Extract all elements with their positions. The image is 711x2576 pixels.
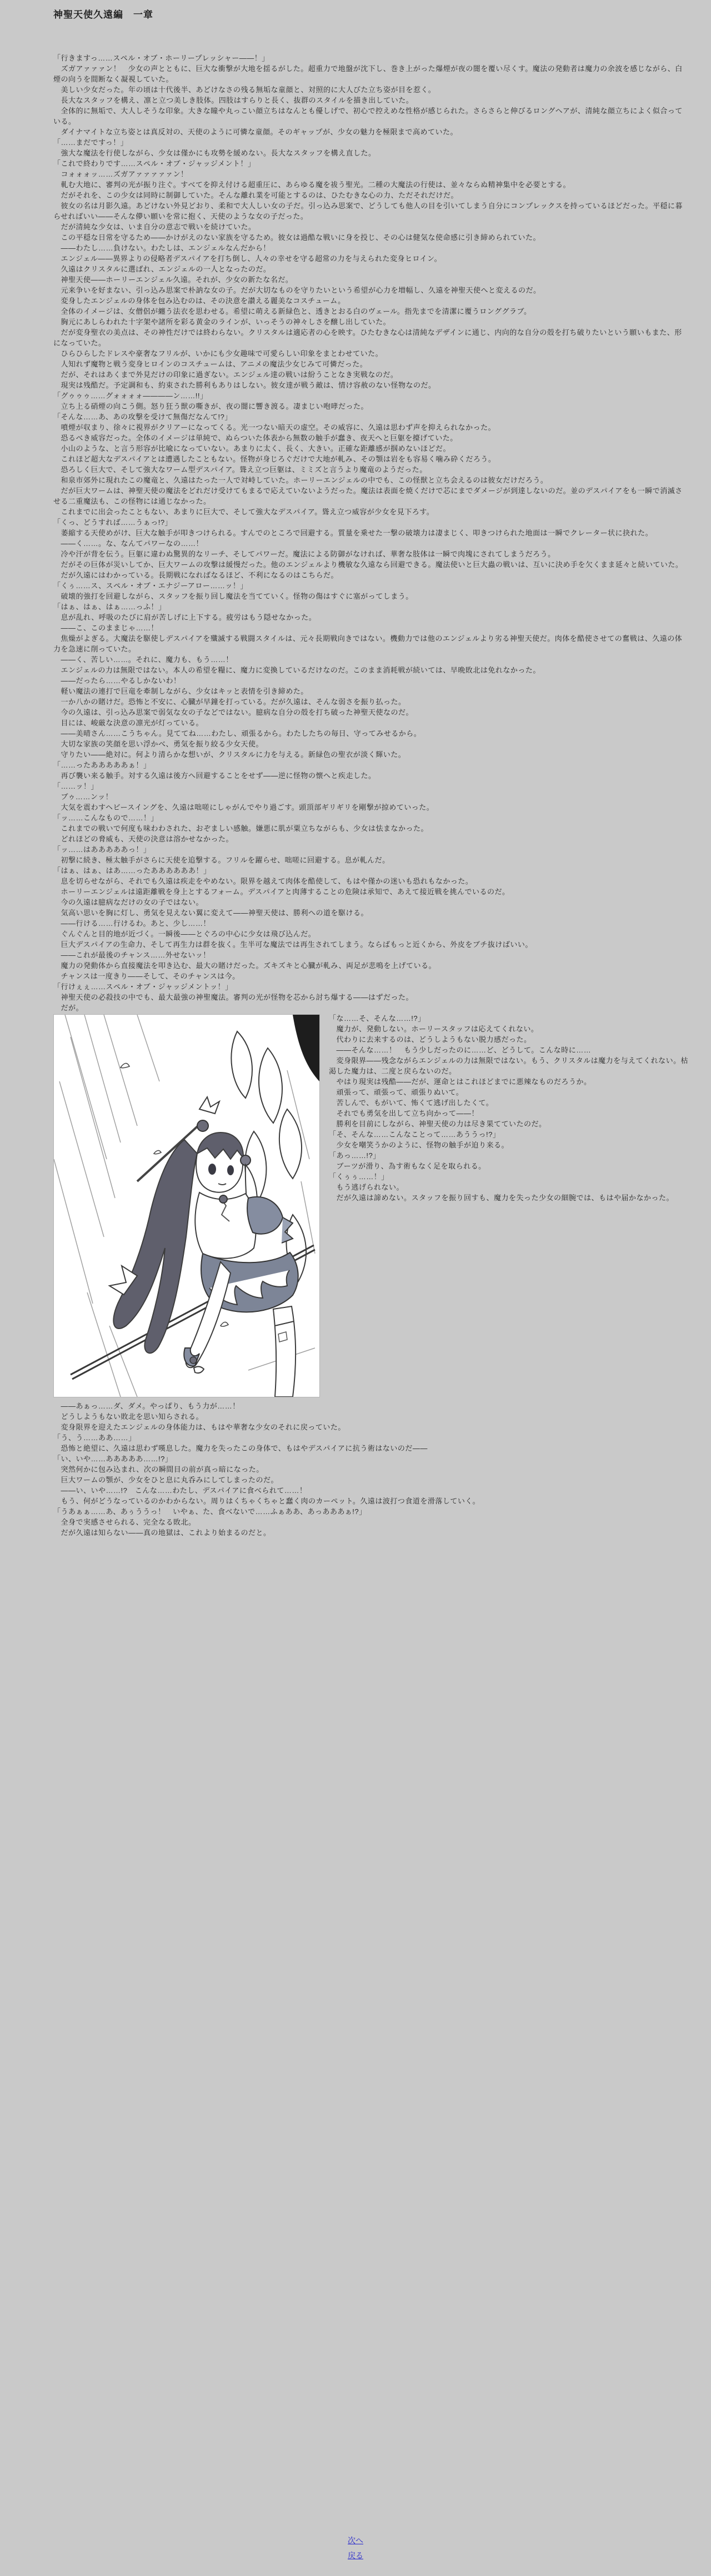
story-paragraph: だが久遠は知らない――真の地獄は、これより始まるのだと。 bbox=[53, 1527, 689, 1538]
story-paragraph: 「い、いや……あああああ……!?」 bbox=[53, 1454, 689, 1464]
story-paragraph: ――こ、このままじゃ……！ bbox=[53, 623, 689, 633]
story-paragraph: 神聖天使の必殺技の中でも、最大最強の神聖魔法。審判の光が怪物を芯から討ち爆する―… bbox=[53, 992, 689, 1003]
story-paragraph: チャンスは一度きり――そして、そのチャンスは今。 bbox=[53, 971, 689, 981]
story-part-1: 「行きますっ……スペル・オブ・ホーリープレッシャー――！」 ズガアァァァン！ 少… bbox=[53, 53, 689, 1013]
story-paragraph: 恐るべき威容だった。全体のイメージは単純で、ぬらついた体表から無数の触手が蠢き、… bbox=[53, 433, 689, 443]
story-paragraph: 「ッ……こんなもので……！」 bbox=[53, 813, 689, 823]
story-paragraph: これまでに出会ったこともない、あまりに巨大で、そして強大なデスパイア。聳え立つ威… bbox=[53, 507, 689, 517]
story-paragraph: 再び襲い来る触手。対する久遠は後方へ回避することをせず――逆に怪物の懐へと疾走し… bbox=[53, 770, 689, 781]
story-paragraph: 大切な家族の笑顔を思い浮かべ、勇気を振り絞る少女天使。 bbox=[53, 739, 689, 749]
story-paragraph: 「……まだですっ！」 bbox=[53, 137, 689, 148]
story-paragraph: エンジェルの力は無限ではない。本人の希望を糧に、魔力に変換しているだけなのだ。こ… bbox=[53, 665, 689, 675]
story-paragraph: だが変身聖衣の美点は、その神性だけでは終わらない。クリスタルは適応者の心を映す。… bbox=[53, 327, 689, 348]
story-paragraph: 「……ったあああああぁ！」 bbox=[53, 760, 689, 770]
story-paragraph: どうしようもない敗北を思い知らされる。 bbox=[53, 1411, 689, 1422]
story-paragraph: 大気を震わすヘビースイングを、久遠は咄嗟にしゃがんでやり過ごす。頭頂部ギリギリを… bbox=[53, 802, 689, 813]
story-paragraph: これまでの戦いで何度も味わわされた、おぞましい感触。嫌悪に肌が粟立ちながらも、少… bbox=[53, 823, 689, 834]
story-paragraph: 恐ろしく巨大で、そして強大なワーム型デスパイア。聳え立つ巨躯は、ミミズと言うより… bbox=[53, 464, 689, 475]
story-part-2: ――あぁっ……ダ、ダメ。やっぱり、もう力が……！ どうしようもない敗北を思い知ら… bbox=[53, 1401, 689, 1538]
story-paragraph: 小山のような、と言う形容が比喩になっていない。あまりに太く、長く、大きい。正確な… bbox=[53, 443, 689, 454]
story-paragraph: ――い、いや……!? こんな……わたし、デスパイアに食べられて……！ bbox=[53, 1485, 689, 1496]
story-paragraph: 人知れず魔物と戦う変身ヒロインのコスチュームは、アニメの魔法少女じみて可憐だった… bbox=[53, 359, 689, 369]
story-paragraph: 初撃に続き、極太触手がさらに天使を追撃する。フリルを躍らせ、咄嗟に回避する。息が… bbox=[53, 855, 689, 865]
story-paragraph: だがそれを、この少女は同時に制御していた。そんな離れ業を可能とするのは、ひたむき… bbox=[53, 190, 689, 201]
story-paragraph: ――これが最後のチャンス……外せないッ！ bbox=[53, 950, 689, 960]
story-paragraph: だが、それはあくまで外見だけの印象に過ぎない。エンジェル達の戦いは紛うことなき実… bbox=[53, 369, 689, 380]
story-paragraph: ――く、苦しい……。それに、魔力も、もう……！ bbox=[53, 654, 689, 665]
story-paragraph: 胸元にあしらわれた十字架や諸所を彩る黄金のラインが、いっそうの神々しさを醸し出し… bbox=[53, 317, 689, 327]
story-paragraph: ――行ける……行けるわ。あと、少し……！ bbox=[53, 918, 689, 929]
story-paragraph: 「くっ、どうすれば……うぁっ!?」 bbox=[53, 517, 689, 528]
story-paragraph: 「行けぇぇ……スペル・オブ・ジャッジメントッ！」 bbox=[53, 981, 689, 992]
story-paragraph: 「ッ……はあああああっ！」 bbox=[53, 844, 689, 855]
story-paragraph: 美しい少女だった。年の頃は十代後半、あどけなさの残る無垢な童顔と、対照的に大人び… bbox=[53, 84, 689, 95]
story-paragraph: 立ち上る硝煙の向こう側。怒り狂う獣の嘶きが、夜の闇に響き渡る。凄まじい咆哮だった… bbox=[53, 401, 689, 412]
spacer bbox=[53, 1538, 689, 2531]
story-paragraph: ――美晴さん……こうちゃん。見ててね……わたし、頑張るから。わたしたちの毎日、守… bbox=[53, 728, 689, 739]
story-paragraph: 「うあぁぁ……あ、あぅううっ！ いやぁ、た、食べないで……ふぁああ、あっあああぁ… bbox=[53, 1506, 689, 1517]
story-paragraph: 「行きますっ……スペル・オブ・ホーリープレッシャー――！」 bbox=[53, 53, 689, 63]
story-paragraph: 全身で実感させられる、完全なる敗北。 bbox=[53, 1517, 689, 1527]
story-paragraph: 恐怖と絶望に、久遠は思わず嘆息した。魔力を失ったこの身体で、もはやデスパイアに抗… bbox=[53, 1443, 689, 1454]
story-paragraph: 今の久遠は、引っ込み思案で弱気な女の子などではない。臆病な自分の殻を打ち破った神… bbox=[53, 707, 689, 718]
story-paragraph: 全体的に無垢で、大人しそうな印象。大きな瞳や丸っこい顔立ちはなんとも優しげで、初… bbox=[53, 106, 689, 127]
story-paragraph: だがその巨体が災いしてか、巨大ワームの攻撃は緩慢だった。他のエンジェルより機敏な… bbox=[53, 559, 689, 570]
story-paragraph: ――く……。な、なんてパワーなの……！ bbox=[53, 538, 689, 549]
bottom-navigation: 次へ 戻る bbox=[0, 2531, 711, 2569]
back-link[interactable]: 戻る bbox=[348, 2551, 363, 2560]
story-paragraph: 長大なスタッフを構え、凛と立つ美しき肢体。四肢はすらりと長く、抜群のスタイルを描… bbox=[53, 95, 689, 106]
story-paragraph: 破壊的強打を回避しながら、スタッフを振り回し魔法を当てていく。怪物の傷はすぐに塞… bbox=[53, 591, 689, 602]
story-paragraph: 「はぁ、はぁ、はぁ……っふ！」 bbox=[53, 602, 689, 612]
story-paragraph: 巨大ワームの顎が、少女をひと息に丸呑みにしてしまったのだ。 bbox=[53, 1475, 689, 1485]
battle-illustration-drawing bbox=[54, 1015, 319, 1397]
story-paragraph: 現実は残酷だ。予定調和も、約束された勝利もありはしない。彼女達が戦う敵は、情け容… bbox=[53, 380, 689, 390]
story-paragraph: ――あぁっ……ダ、ダメ。やっぱり、もう力が……！ bbox=[53, 1401, 689, 1411]
page-title: 神聖天使久遠編 一章 bbox=[53, 7, 689, 21]
story-paragraph: 「これで終わりです……スペル・オブ・ジャッジメント！」 bbox=[53, 158, 689, 169]
story-paragraph: ぐんぐんと目的地が近づく。一瞬後――とぐろの中心に少女は飛び込んだ。 bbox=[53, 929, 689, 939]
story-paragraph: ホーリーエンジェルは遠距離戦を身上とするフォーム。デスパイアと肉薄することの危険… bbox=[53, 886, 689, 897]
story-paragraph: ズガアァァァン！ 少女の声とともに、巨大な衝撃が大地を揺るがした。超重力で地盤が… bbox=[53, 63, 689, 84]
story-paragraph: 神聖天使――ホーリーエンジェル久遠。それが、少女の新たな名だ。 bbox=[53, 274, 689, 285]
story-paragraph: 「はぁ、はぁ、はあ……ったああああああ！」 bbox=[53, 865, 689, 876]
story-paragraph: だが。 bbox=[53, 1003, 689, 1013]
story-paragraph: もう、何がどうなっているのかわからない。周りはくちゃくちゃと蠢く肉のカーペット。… bbox=[53, 1496, 689, 1506]
story-paragraph: 冷や汗が背を伝う。巨躯に違わぬ驚異的なリーチ、そしてパワーだ。魔法による防御がな… bbox=[53, 549, 689, 559]
battle-illustration bbox=[53, 1014, 320, 1397]
story-body: 「行きますっ……スペル・オブ・ホーリープレッシャー――！」 ズガアァァァン！ 少… bbox=[53, 53, 689, 1538]
story-paragraph: 和泉市郊外に現れたこの魔竜と、久遠はたった一人で対峙していた。ホーリーエンジェル… bbox=[53, 475, 689, 485]
story-paragraph: これほど超大なデスパイアとは遭遇したこともない。怪物が身じろぐだけで大地が軋み、… bbox=[53, 454, 689, 464]
next-page-link[interactable]: 次へ bbox=[348, 2536, 363, 2545]
novel-page: 神聖天使久遠編 一章 「行きますっ……スペル・オブ・ホーリープレッシャー――！」… bbox=[0, 0, 711, 2576]
story-paragraph: ダイナマイトな立ち姿とは真反対の、天使のように可憐な童顔。そのギャップが、少女の… bbox=[53, 127, 689, 137]
story-paragraph: ――だったら……やるしかないわ！ bbox=[53, 675, 689, 686]
story-paragraph: 「そんな……あ、あの攻撃を受けて無傷だなんて!?」 bbox=[53, 412, 689, 422]
story-paragraph: 「……ッ！」 bbox=[53, 781, 689, 791]
story-paragraph: ブゥ……ンッ！ bbox=[53, 791, 689, 802]
story-paragraph: 元来争いを好まない、引っ込み思案で朴訥な女の子。だが大切なものを守りたいという希… bbox=[53, 285, 689, 295]
story-paragraph: 全体のイメージは、女僧侶が纏う法衣を思わせる。希望に萌える新緑色と、透きとおる白… bbox=[53, 306, 689, 317]
story-paragraph: 息を切らせながら、それでも久遠は疾走をやめない。限界を越えて肉体を酷使して、もは… bbox=[53, 876, 689, 886]
story-paragraph: ――わたし……負けない。わたしは、エンジェルなんだから！ bbox=[53, 243, 689, 253]
story-paragraph: 彼女の名は月影久遠。あどけない外見どおり、柔和で大人しい女の子だ。引っ込み思案で… bbox=[53, 201, 689, 222]
story-paragraph: 目には、峻厳な決意の凛光が灯っている。 bbox=[53, 718, 689, 728]
story-paragraph: コォォォッ……ズガアァァァァァン！ bbox=[53, 169, 689, 179]
story-paragraph: ひらひらしたドレスや豪奢なフリルが、いかにも少女趣味で可愛らしい印象をまとわせて… bbox=[53, 348, 689, 359]
story-paragraph: 魔力の発動体から直接魔法を叩き込む、最大の賭けだった。ズキズキと心臓が軋み、両足… bbox=[53, 960, 689, 971]
story-paragraph: 久遠はクリスタルに選ばれ、エンジェルの一人となったのだ。 bbox=[53, 264, 689, 274]
story-paragraph: 守りたい――絶対に。何より清らかな想いが、クリスタルに力を与える。新緑色の聖衣が… bbox=[53, 749, 689, 760]
story-paragraph: 突然何かに包み込まれ、次の瞬間目の前が真っ暗になった。 bbox=[53, 1464, 689, 1475]
story-paragraph: 息が乱れ、呼吸のたびに肩が苦しげに上下する。疲労はもう隠せなかった。 bbox=[53, 612, 689, 623]
story-paragraph: 「グゥゥゥ……グォォォォ――――ン……!!」 bbox=[53, 390, 689, 401]
image-flow-section: 「な……そ、そんな……!?」 魔力が、発動しない。ホーリースタッフは応えてくれな… bbox=[53, 1013, 689, 1401]
story-paragraph: 軽い魔法の連打で巨竜を牽制しながら、少女はキッと表情を引き締めた。 bbox=[53, 686, 689, 696]
story-paragraph: だが巨大ワームは、神聖天使の魔法をどれだけ受けてもまるで応えていないようだった。… bbox=[53, 485, 689, 507]
story-paragraph: 今の久遠は臆病なだけの女の子ではない。 bbox=[53, 897, 689, 908]
story-paragraph: 萎縮する天使めがけ、巨大な触手が叩きつけられる。すんでのところで回避する。質量を… bbox=[53, 528, 689, 538]
story-paragraph: 変身したエンジェルの身体を包み込むのは、その決意を讃える麗美なコスチューム。 bbox=[53, 295, 689, 306]
story-paragraph: 焦燥がよぎる。大魔法を駆使しデスパイアを殲滅する戦闘スタイルは、元々長期戦向きで… bbox=[53, 633, 689, 654]
story-paragraph: 気高い思いを胸に灯し、勇気を見えない翼に変えて――神聖天使は、勝利への道を駆ける… bbox=[53, 908, 689, 918]
story-paragraph: 巨大デスパイアの生命力、そして再生力は群を抜く。生半可な魔法では再生されてしまう… bbox=[53, 939, 689, 950]
story-paragraph: 「くぅ……ス、スペル・オブ・エナジーアロー……ッ！」 bbox=[53, 580, 689, 591]
story-paragraph: 強大な魔法を行使しながら、少女は僅かにも攻勢を緩めない。長大なスタッフを構え直し… bbox=[53, 148, 689, 158]
story-paragraph: だが久遠にはわかっている。長期戦になればなるほど、不利になるのはこちらだ。 bbox=[53, 570, 689, 580]
story-paragraph: 噴煙が収まり、徐々に視界がクリアーになってくる。光一つない暗天の虚空。その威容に… bbox=[53, 422, 689, 433]
story-paragraph: 一か八かの賭けだ。恐怖と不安に、心臓が早鐘を打っている。だが久遠は、そんな弱さを… bbox=[53, 696, 689, 707]
story-paragraph: どれほどの脅威も、天使の決意は溶かせなかった。 bbox=[53, 834, 689, 844]
story-paragraph: 変身限界を迎えたエンジェルの身体能力は、もはや華奢な少女のそれに戻っていた。 bbox=[53, 1422, 689, 1432]
story-paragraph: エンジェル――異界よりの侵略者デスパイアを打ち倒し、人々の幸せを守る超常の力を与… bbox=[53, 253, 689, 264]
story-paragraph: 軋む大地に、審判の光が振り注ぐ。すべてを抑え付ける超重圧に、あらゆる魔を祓う聖光… bbox=[53, 179, 689, 190]
story-paragraph: この平穏な日常を守るため――かけがえのない家族を守るため。彼女は過酷な戦いに身を… bbox=[53, 232, 689, 243]
story-paragraph: 「う、う……ああ……」 bbox=[53, 1432, 689, 1443]
story-paragraph: だが清純な少女は、いま自分の意志で戦いを続けていた。 bbox=[53, 222, 689, 232]
